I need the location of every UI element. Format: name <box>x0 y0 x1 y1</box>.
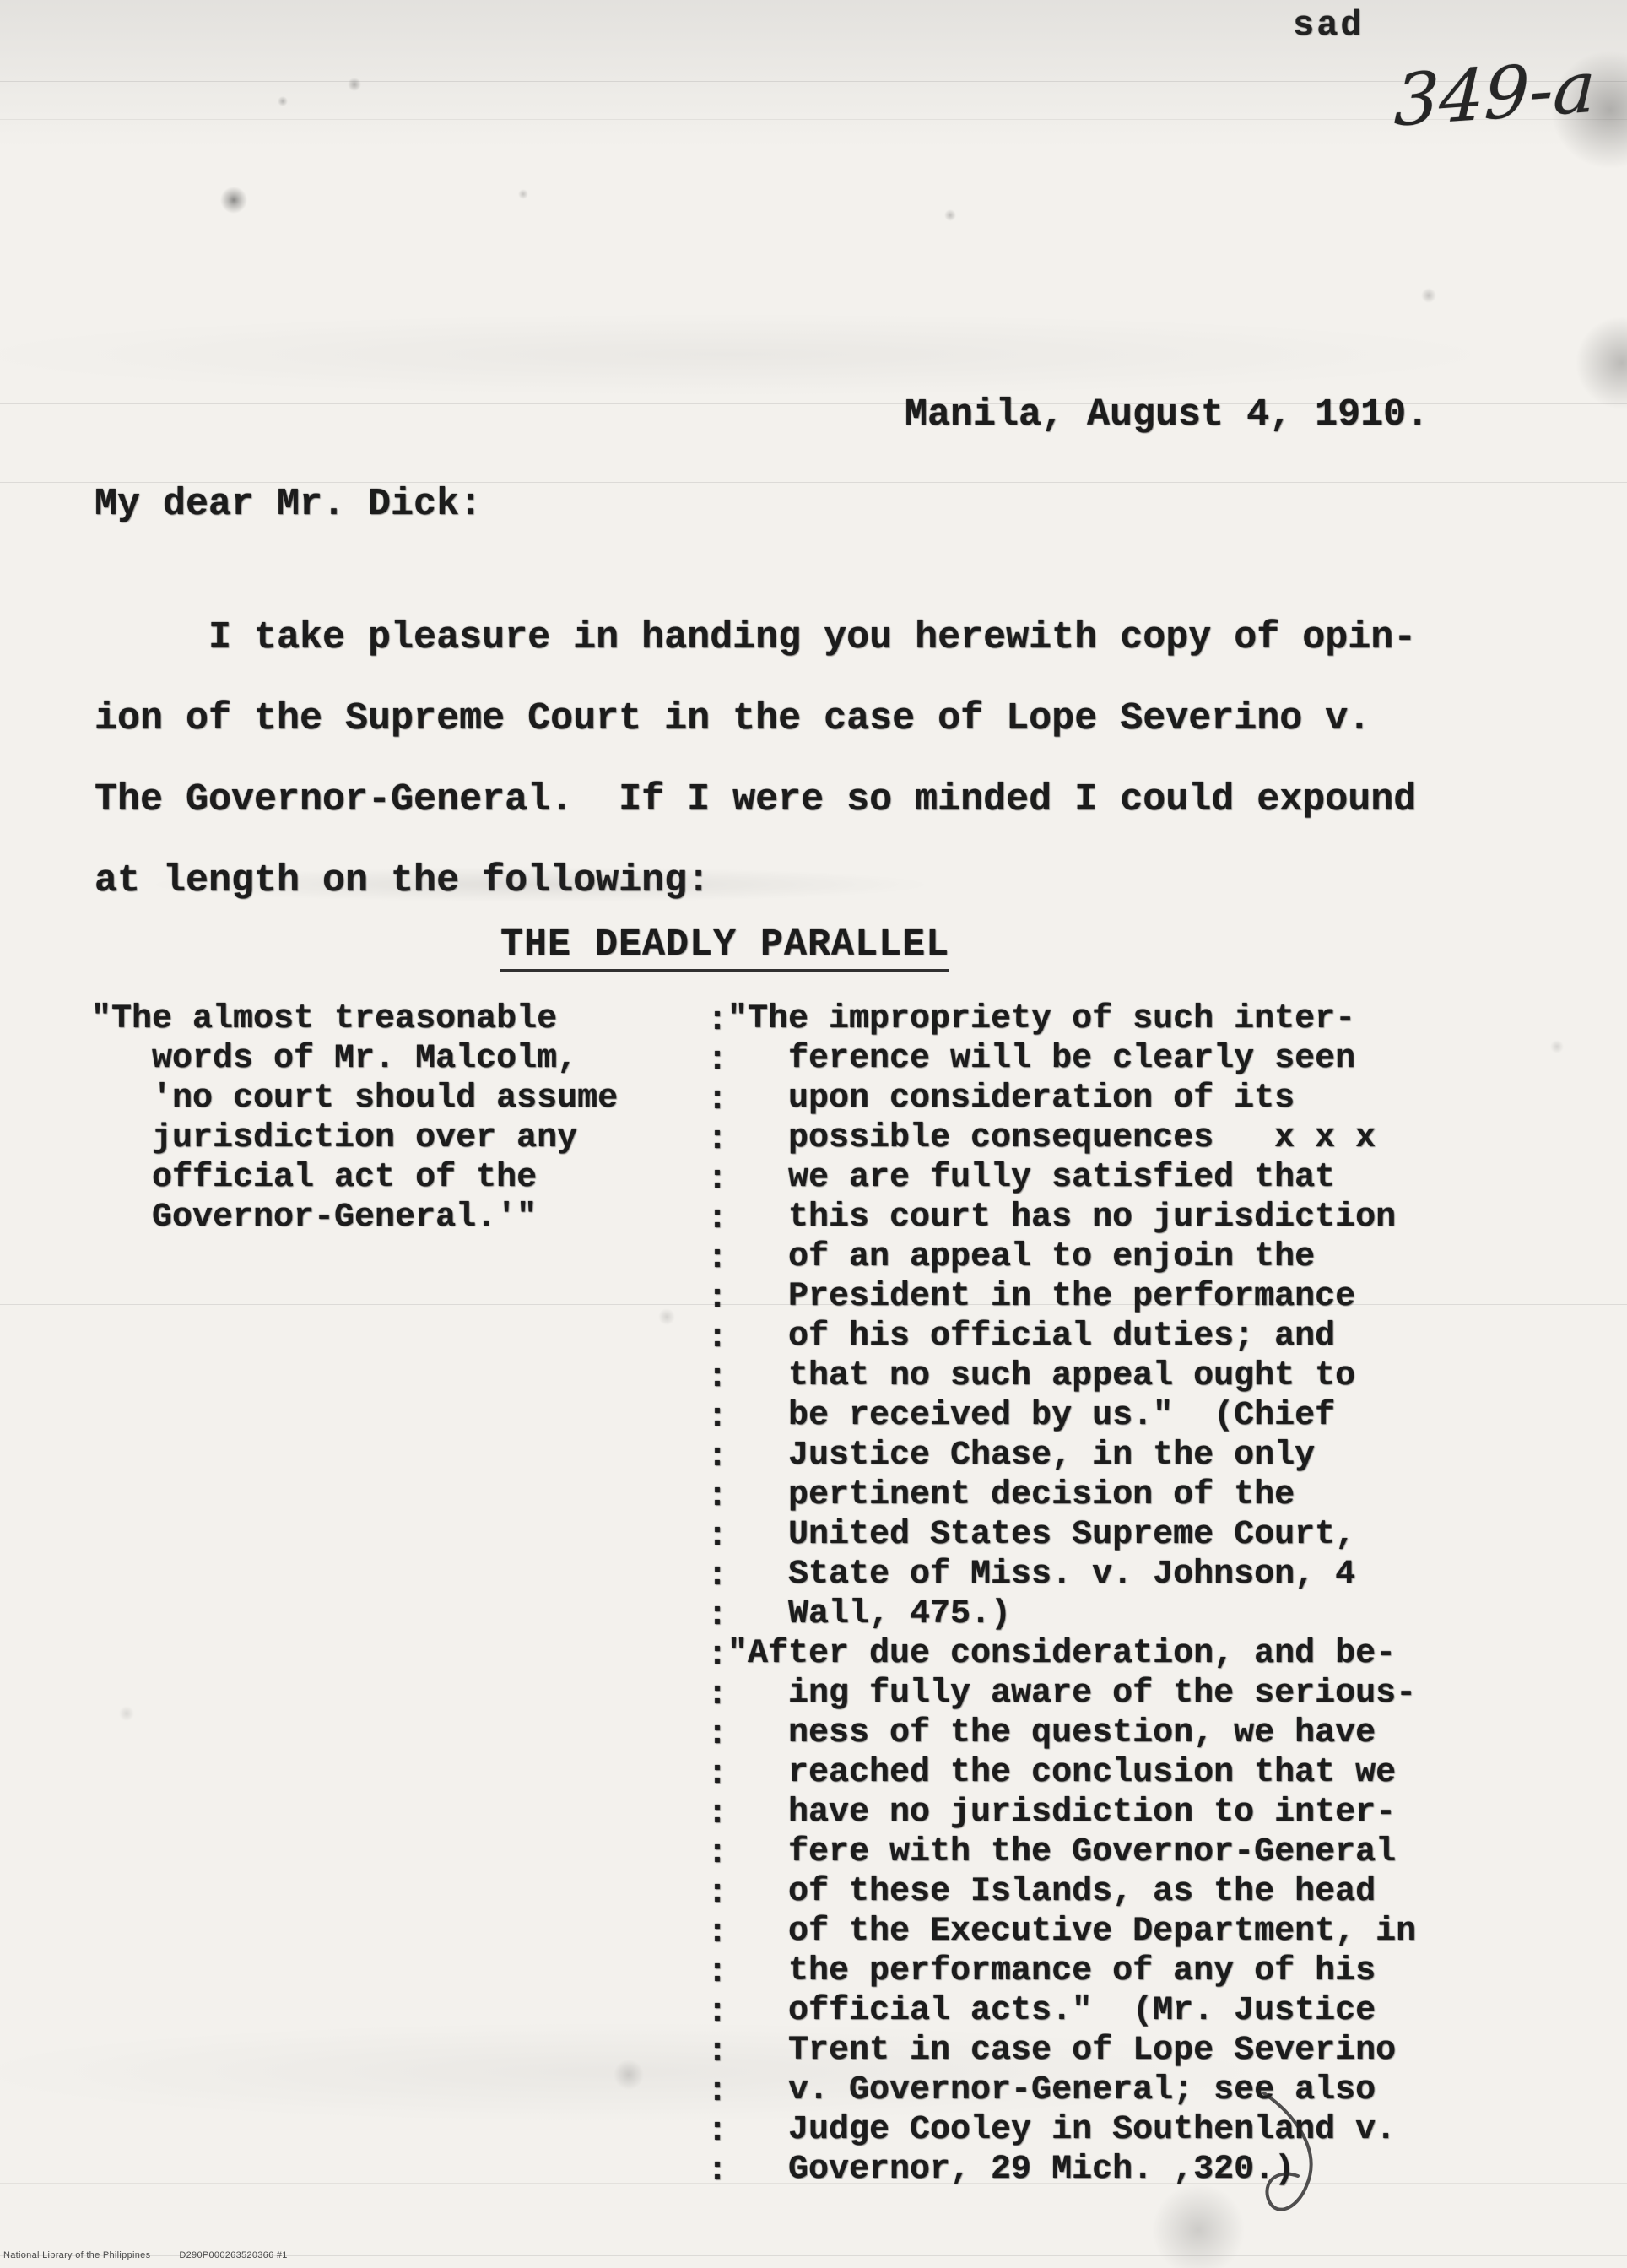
text-line: Justice Chase, in the only <box>727 1436 1487 1475</box>
scan-line <box>0 119 1627 120</box>
section-heading-text: THE DEADLY PARALLEL <box>500 923 949 972</box>
text-line: United States Supreme Court, <box>727 1515 1487 1555</box>
text-line: Governor, 29 Mich. ,320.) <box>727 2150 1487 2190</box>
text-line: "The impropriety of such inter- <box>727 999 1487 1039</box>
text-line: "After due consideration, and be- <box>727 1634 1487 1674</box>
text-line: we are fully satisfied that <box>727 1158 1487 1198</box>
text-line: of an appeal to enjoin the <box>727 1237 1487 1277</box>
text-line: of his official duties; and <box>727 1317 1487 1356</box>
body-paragraph: I take pleasure in handing you herewith … <box>95 598 1546 922</box>
text-line: reached the conclusion that we <box>727 1753 1487 1793</box>
text-line: at length on the following: <box>95 841 1546 922</box>
text-line: pertinent decision of the <box>727 1475 1487 1515</box>
text-line: possible consequences x x x <box>727 1118 1487 1158</box>
text-line: that no such appeal ought to <box>727 1356 1487 1396</box>
text-line: have no jurisdiction to inter- <box>727 1793 1487 1832</box>
handwritten-page-number: 349-a <box>1393 45 1597 142</box>
text-line: v. Governor-General; see also <box>727 2070 1487 2110</box>
text-line: ing fully aware of the serious- <box>727 1674 1487 1713</box>
section-heading: THE DEADLY PARALLEL <box>500 923 949 966</box>
document-page: sad 349-a Manila, August 4, 1910. My dea… <box>0 0 1627 2268</box>
text-line: Trent in case of Lope Severino <box>727 2031 1487 2070</box>
text-line: The Governor-General. If I were so minde… <box>95 760 1546 841</box>
library-name: National Library of the Philippines <box>3 2250 150 2260</box>
text-line: President in the performance <box>727 1277 1487 1317</box>
text-line: Governor-General.'" <box>91 1198 716 1237</box>
text-line: "The almost treasonable <box>91 999 716 1039</box>
text-line: of the Executive Department, in <box>727 1912 1487 1951</box>
text-line: I take pleasure in handing you herewith … <box>95 598 1546 679</box>
text-line: 'no court should assume <box>91 1079 716 1118</box>
text-line: official acts." (Mr. Justice <box>727 1991 1487 2031</box>
dateline: Manila, August 4, 1910. <box>905 393 1429 436</box>
text-line: Judge Cooley in Southenland v. <box>727 2110 1487 2150</box>
text-line: fere with the Governor-General <box>727 1832 1487 1872</box>
right-column: "The impropriety of such inter- ference … <box>727 999 1487 2190</box>
salutation: My dear Mr. Dick: <box>95 483 482 526</box>
text-line: State of Miss. v. Johnson, 4 <box>727 1555 1487 1594</box>
text-line: Wall, 475.) <box>727 1594 1487 1634</box>
typed-annotation: sad <box>1293 5 1365 46</box>
scan-line <box>0 447 1627 447</box>
text-line: upon consideration of its <box>727 1079 1487 1118</box>
text-line: official act of the <box>91 1158 716 1198</box>
text-line: be received by us." (Chief <box>727 1396 1487 1436</box>
left-column: "The almost treasonable words of Mr. Mal… <box>91 999 716 1237</box>
text-line: this court has no jurisdiction <box>727 1198 1487 1237</box>
text-line: jurisdiction over any <box>91 1118 716 1158</box>
scan-line <box>0 81 1627 82</box>
text-line: of these Islands, as the head <box>727 1872 1487 1912</box>
library-reference: D290P000263520366 #1 <box>179 2250 287 2260</box>
text-line: ness of the question, we have <box>727 1713 1487 1753</box>
library-stamp: National Library of the PhilippinesD290P… <box>3 2250 316 2260</box>
text-line: ference will be clearly seen <box>727 1039 1487 1079</box>
handwritten-mark <box>1239 2083 1357 2235</box>
text-line: words of Mr. Malcolm, <box>91 1039 716 1079</box>
text-line: ion of the Supreme Court in the case of … <box>95 679 1546 760</box>
text-line: the performance of any of his <box>727 1951 1487 1991</box>
